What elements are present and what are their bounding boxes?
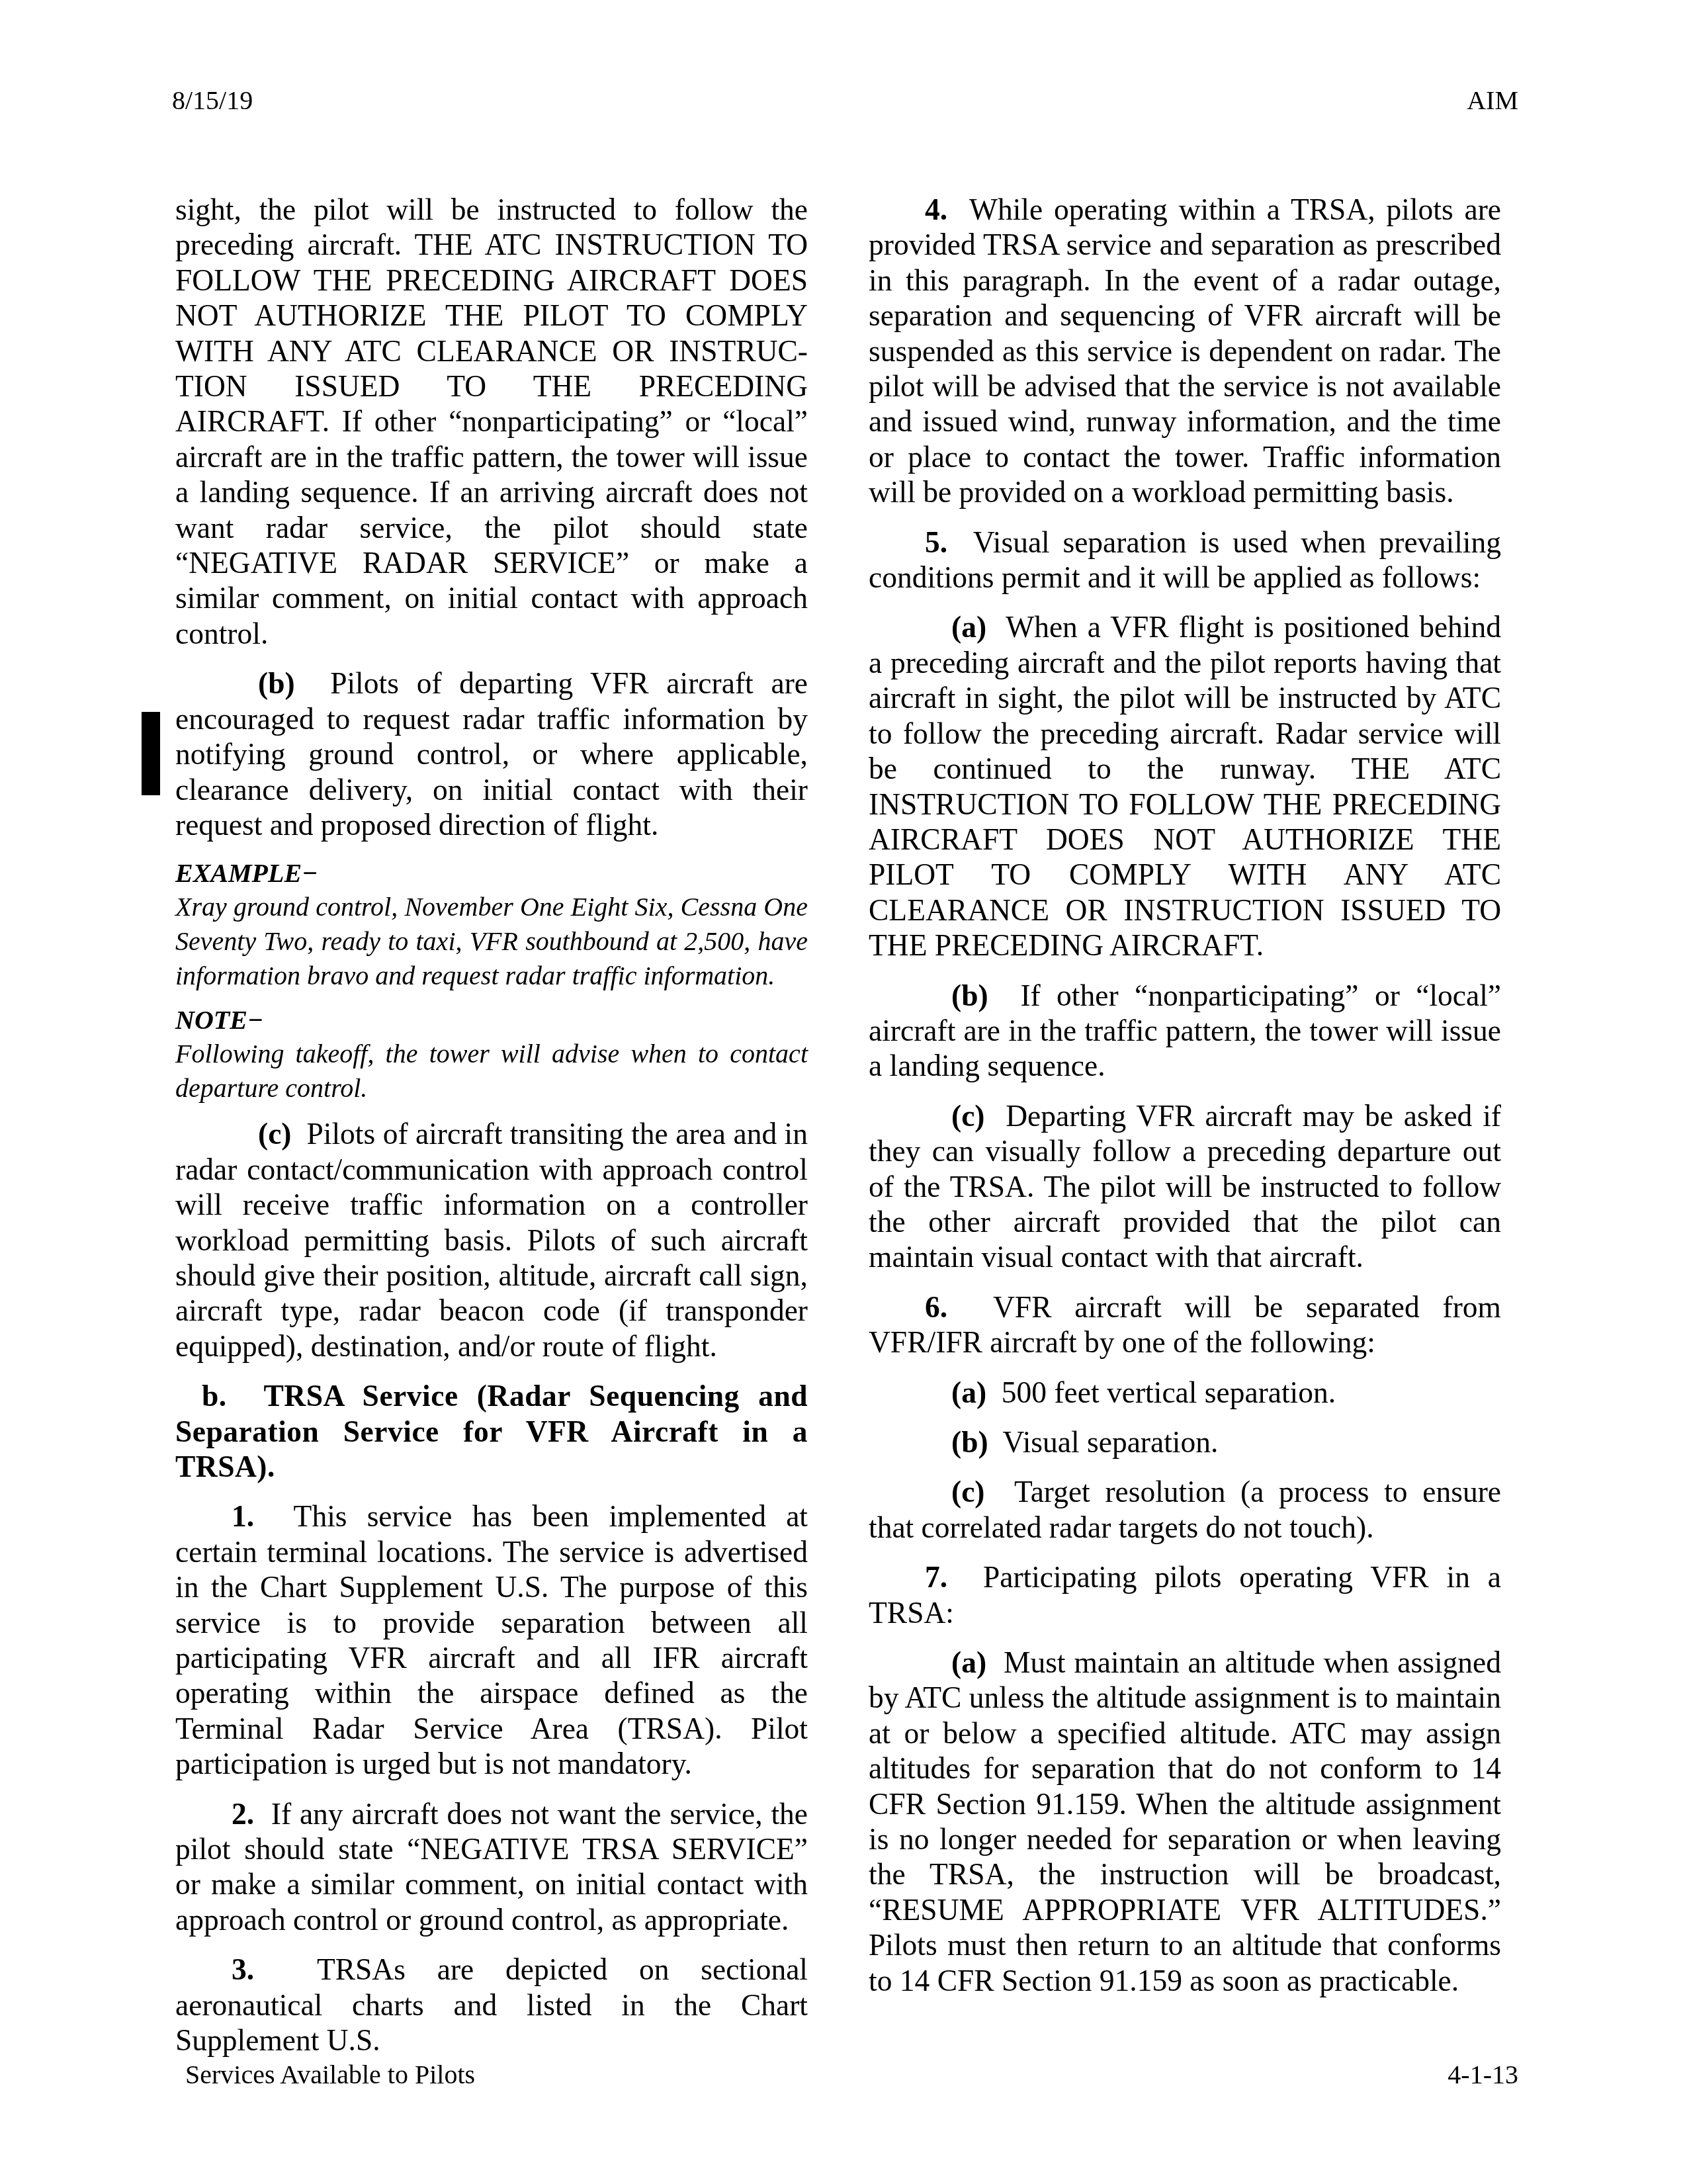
paragraph-c-transiting: (c) Pilots of aircraft transiting the ar…: [175, 1116, 808, 1364]
paragraph-item-3: 3. TRSAs are depicted on sectional aeron…: [175, 1952, 808, 2058]
paragraph-label: 7.: [925, 1560, 947, 1594]
paragraph-label: 2.: [232, 1797, 254, 1831]
paragraph-label: 5.: [925, 525, 947, 559]
header-publication: AIM: [1467, 85, 1518, 116]
paragraph-item-5c: (c) Departing VFR aircraft may be asked …: [869, 1098, 1501, 1275]
note-text: Following takeoff, the tower will advise…: [175, 1037, 808, 1106]
paragraph-text: This service has been implemented at cer…: [175, 1499, 808, 1780]
paragraph-item-5: 5. Visual separation is used when prevai…: [869, 525, 1501, 595]
change-bar: [142, 712, 160, 795]
paragraph-label: 4.: [925, 193, 947, 226]
paragraph-text: VFR aircraft will be separated from VFR/…: [869, 1290, 1501, 1359]
paragraph-text: TRSAs are depicted on sectional aeronaut…: [175, 1952, 808, 2057]
paragraph-label: (c): [951, 1099, 985, 1133]
paragraph-label: (a): [951, 1376, 986, 1409]
paragraph-label: (c): [258, 1117, 292, 1151]
example-heading: EXAMPLE−: [175, 857, 808, 890]
paragraph-item-6: 6. VFR aircraft will be separated from V…: [869, 1289, 1501, 1360]
left-column: sight, the pilot will be instructed to f…: [175, 192, 808, 2072]
paragraph-item-6b: (b) Visual separation.: [869, 1424, 1501, 1460]
section-label: b.: [202, 1379, 227, 1413]
paragraph-label: (b): [258, 666, 295, 700]
example-text: Xray ground control, November One Eight …: [175, 890, 808, 993]
paragraph-text: 500 feet vertical separation.: [1002, 1376, 1336, 1409]
footer-chapter-title: Services Available to Pilots: [185, 2059, 475, 2091]
paragraph-item-6c: (c) Target resolution (a process to ensu…: [869, 1474, 1501, 1545]
paragraph-item-6a: (a) 500 feet vertical separation.: [869, 1375, 1501, 1410]
note-heading: NOTE−: [175, 1004, 808, 1037]
paragraph-item-1: 1. This service has been implemented at …: [175, 1499, 808, 1781]
header-date: 8/15/19: [172, 85, 253, 116]
right-column: 4. While operating within a TRSA, pilots…: [869, 192, 1501, 2013]
paragraph-item-7a: (a) Must maintain an altitude when assig…: [869, 1645, 1501, 1998]
paragraph-item-7: 7. Participating pilots operating VFR in…: [869, 1559, 1501, 1630]
paragraph-item-4: 4. While operating within a TRSA, pilots…: [869, 192, 1501, 510]
paragraph-item-5a: (a) When a VFR flight is positioned behi…: [869, 609, 1501, 963]
paragraph-label: 3.: [232, 1952, 254, 1986]
paragraph-label: (c): [951, 1475, 985, 1508]
section-heading-trsa-service: b. TRSA Service (Radar Sequencing and Se…: [175, 1378, 808, 1484]
paragraph-label: (b): [951, 979, 988, 1012]
paragraph-text: Must maintain an altitude when assigned …: [869, 1645, 1501, 1997]
paragraph-text: Visual separation.: [1003, 1425, 1219, 1459]
paragraph-label: 1.: [232, 1499, 254, 1533]
paragraph-label: (a): [951, 610, 986, 644]
footer-page-number: 4‑1‑13: [1448, 2059, 1518, 2091]
paragraph-item-2: 2. If any aircraft does not want the ser…: [175, 1796, 808, 1938]
paragraph-text: While operating within a TRSA, pilots ar…: [869, 193, 1501, 509]
paragraph-item-5b: (b) If other “nonparticipating” or “loca…: [869, 978, 1501, 1084]
paragraph-label: (b): [951, 1425, 988, 1459]
paragraph-continued: sight, the pilot will be instructed to f…: [175, 192, 808, 651]
paragraph-text: Visual separation is used when prevailin…: [869, 525, 1501, 594]
paragraph-label: 6.: [925, 1290, 947, 1324]
paragraph-label: (a): [951, 1645, 986, 1679]
paragraph-text: Pilots of aircraft transiting the area a…: [175, 1117, 808, 1362]
paragraph-b-departing: (b) Pilots of departing VFR aircraft are…: [175, 666, 808, 842]
paragraph-text: When a VFR flight is positioned behind a…: [869, 610, 1501, 962]
paragraph-text: Participating pilots operating VFR in a …: [869, 1560, 1501, 1629]
section-title: TRSA Service (Radar Sequencing and Separ…: [175, 1379, 808, 1483]
paragraph-text: If any aircraft does not want the servic…: [175, 1797, 808, 1937]
